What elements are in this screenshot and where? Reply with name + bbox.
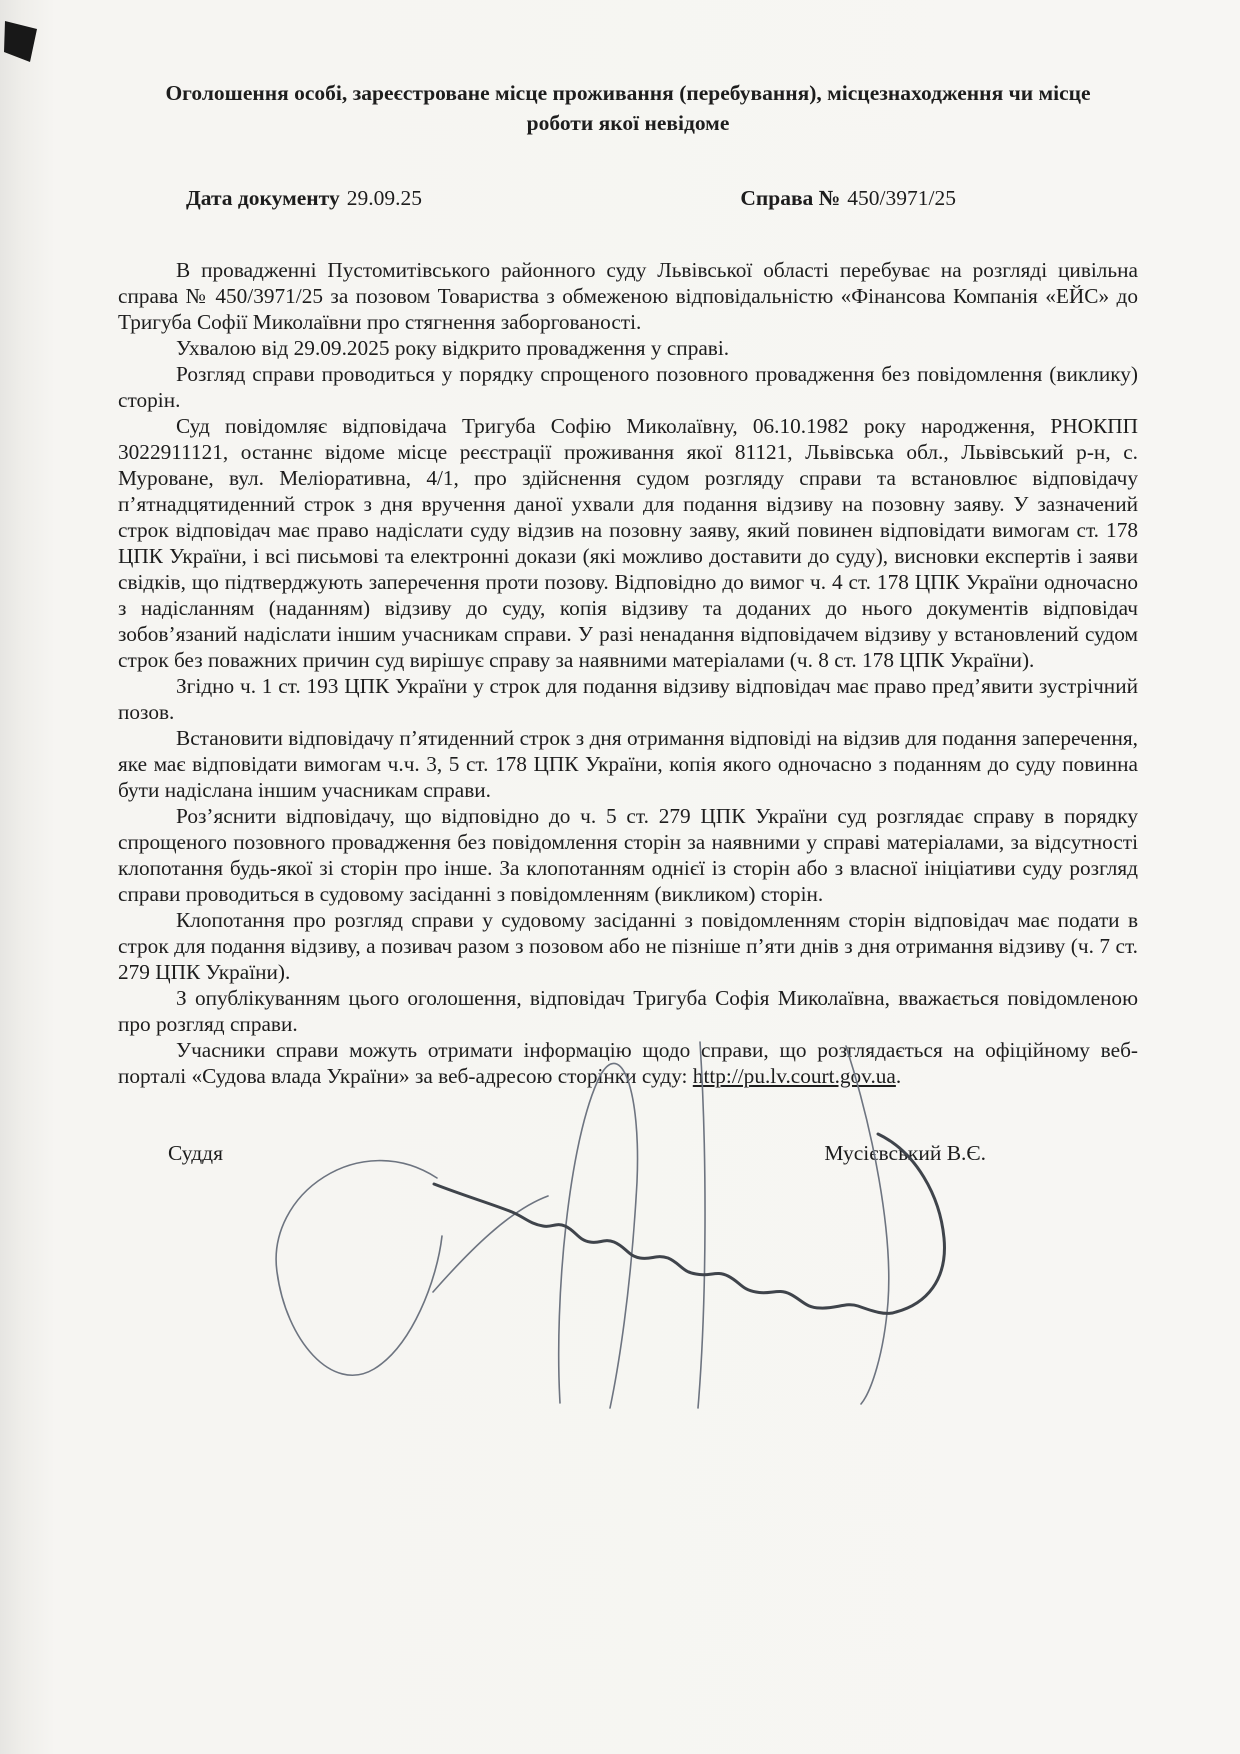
paragraph-objection-term: Встановити відповідачу п’ятиденний строк… xyxy=(118,725,1138,803)
court-website-period: . xyxy=(896,1064,901,1088)
scanned-page-background: Оголошення особі, зареєстроване місце пр… xyxy=(0,0,1240,1754)
case-label: Справа № xyxy=(740,186,840,210)
document-title: Оголошення особі, зареєстроване місце пр… xyxy=(158,78,1098,138)
date-value: 29.09.25 xyxy=(347,186,422,210)
date-label: Дата документу xyxy=(186,186,340,210)
paragraph-simplified-procedure: Розгляд справи проводиться у порядку спр… xyxy=(118,361,1138,413)
case-value: 450/3971/25 xyxy=(847,186,956,210)
paragraph-procedure-explanation: Роз’яснити відповідачу, що відповідно до… xyxy=(118,803,1138,907)
paragraph-defendant-notice: Суд повідомляє відповідача Тригуба Софію… xyxy=(118,413,1138,673)
document-meta-row: Дата документу29.09.25 Справа №450/3971/… xyxy=(118,186,1138,211)
paragraph-publication-notice: З опублікуванням цього оголошення, відпо… xyxy=(118,985,1138,1037)
court-announcement-document: Оголошення особі, зареєстроване місце пр… xyxy=(0,0,1240,1166)
document-body: В провадженні Пустомитівського районного… xyxy=(118,257,1138,1089)
court-website-link[interactable]: http://pu.lv.court.gov.ua xyxy=(693,1064,896,1088)
judge-label: Суддя xyxy=(168,1141,223,1166)
paragraph-participants-info: Учасники справи можуть отримати інформац… xyxy=(118,1037,1138,1089)
signature-row: Суддя Мусієвський В.Є. xyxy=(118,1141,1138,1166)
paragraph-motion-term: Клопотання про розгляд справи у судовому… xyxy=(118,907,1138,985)
document-date: Дата документу29.09.25 xyxy=(186,186,422,211)
case-number: Справа №450/3971/25 xyxy=(740,186,956,211)
paragraph-ruling-date: Ухвалою від 29.09.2025 року відкрито про… xyxy=(118,335,1138,361)
paragraph-court-proceeding: В провадженні Пустомитівського районного… xyxy=(118,257,1138,335)
paragraph-counterclaim-right: Згідно ч. 1 ст. 193 ЦПК України у строк … xyxy=(118,673,1138,725)
judge-name: Мусієвський В.Є. xyxy=(824,1141,986,1166)
participants-info-text: Учасники справи можуть отримати інформац… xyxy=(118,1038,1138,1088)
